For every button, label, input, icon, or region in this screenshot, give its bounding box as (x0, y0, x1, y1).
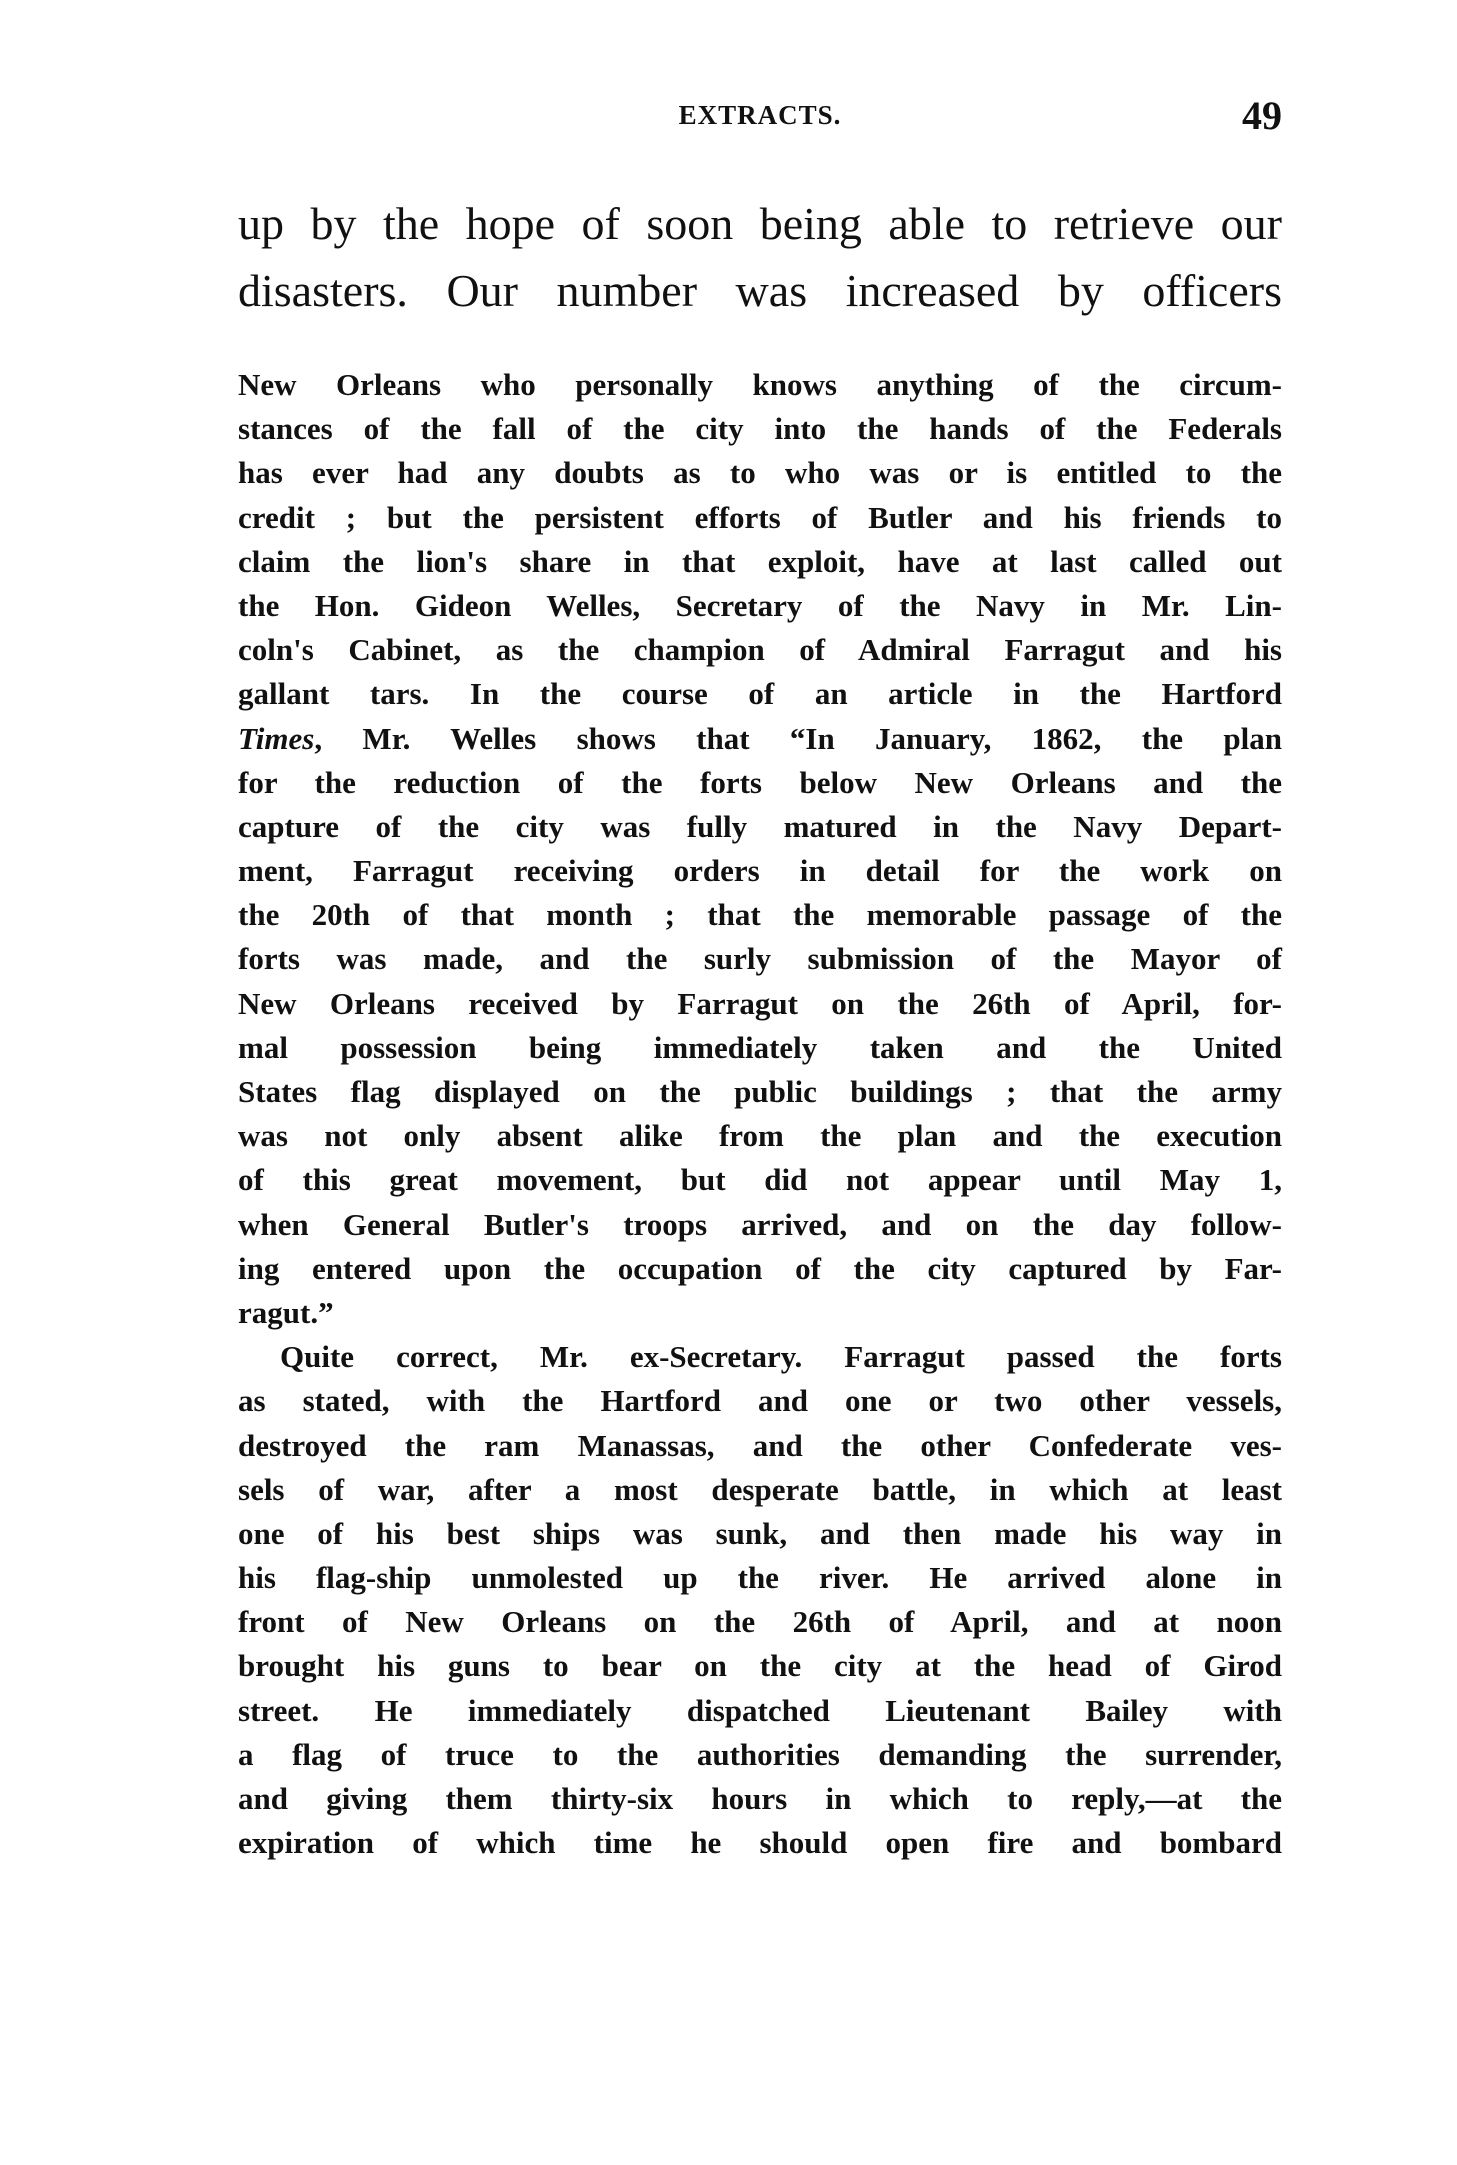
paragraph-start-line: Quite correct, Mr. ex-Secretary. Farragu… (238, 1335, 1282, 1379)
text-line: ment, Farragut receiving orders in detai… (238, 849, 1282, 893)
text-line: front of New Orleans on the 26th of Apri… (238, 1600, 1282, 1644)
text-line: capture of the city was fully matured in… (238, 805, 1282, 849)
text-line: was not only absent alike from the plan … (238, 1114, 1282, 1158)
text-line: as stated, with the Hartford and one or … (238, 1379, 1282, 1423)
text-line: forts was made, and the surly submission… (238, 937, 1282, 981)
text-line: ragut.” (238, 1291, 1282, 1335)
text-line: the Hon. Gideon Welles, Secretary of the… (238, 584, 1282, 628)
text-line: the 20th of that month ; that the memora… (238, 893, 1282, 937)
text-line: street. He immediately dispatched Lieute… (238, 1689, 1282, 1733)
text-line: destroyed the ram Manassas, and the othe… (238, 1424, 1282, 1468)
text-line: of this great movement, but did not appe… (238, 1158, 1282, 1202)
text-line: brought his guns to bear on the city at … (238, 1644, 1282, 1688)
italic-title: Times (238, 721, 314, 756)
text-line: New Orleans who personally knows anythin… (238, 363, 1282, 407)
text-line: stances of the fall of the city into the… (238, 407, 1282, 451)
text-line: his flag-ship unmolested up the river. H… (238, 1556, 1282, 1600)
text-line: gallant tars. In the course of an articl… (238, 672, 1282, 716)
text-line: coln's Cabinet, as the champion of Admir… (238, 628, 1282, 672)
text-line: has ever had any doubts as to who was or… (238, 451, 1282, 495)
text-line: disasters. Our number was increased by o… (238, 257, 1282, 324)
text-line: and giving them thirty-six hours in whic… (238, 1777, 1282, 1821)
running-head: EXTRACTS. 49 (238, 92, 1282, 136)
text-line: Times, Mr. Welles shows that “In January… (238, 717, 1282, 761)
text-line: ing entered upon the occupation of the c… (238, 1247, 1282, 1291)
text-line: when General Butler's troops arrived, an… (238, 1203, 1282, 1247)
text-line: claim the lion's share in that exploit, … (238, 540, 1282, 584)
text-line: a flag of truce to the authorities deman… (238, 1733, 1282, 1777)
page-number: 49 (1242, 92, 1282, 139)
text-line: States flag displayed on the public buil… (238, 1070, 1282, 1114)
footnote-text: New Orleans who personally knows anythin… (238, 363, 1282, 1865)
text-line: expiration of which time he should open … (238, 1821, 1282, 1865)
book-page: EXTRACTS. 49 up by the hope of soon bein… (0, 0, 1457, 2165)
text-line: credit ; but the persistent efforts of B… (238, 496, 1282, 540)
text-line: mal possession being immediately taken a… (238, 1026, 1282, 1070)
text-line: for the reduction of the forts below New… (238, 761, 1282, 805)
running-title: EXTRACTS. (238, 100, 1282, 131)
text-line: New Orleans received by Farragut on the … (238, 982, 1282, 1026)
text-line: sels of war, after a most desperate batt… (238, 1468, 1282, 1512)
text-fragment: , Mr. Welles shows that “In January, 186… (314, 721, 1282, 756)
main-text: up by the hope of soon being able to ret… (238, 190, 1282, 324)
text-line: up by the hope of soon being able to ret… (238, 190, 1282, 257)
text-line: one of his best ships was sunk, and then… (238, 1512, 1282, 1556)
